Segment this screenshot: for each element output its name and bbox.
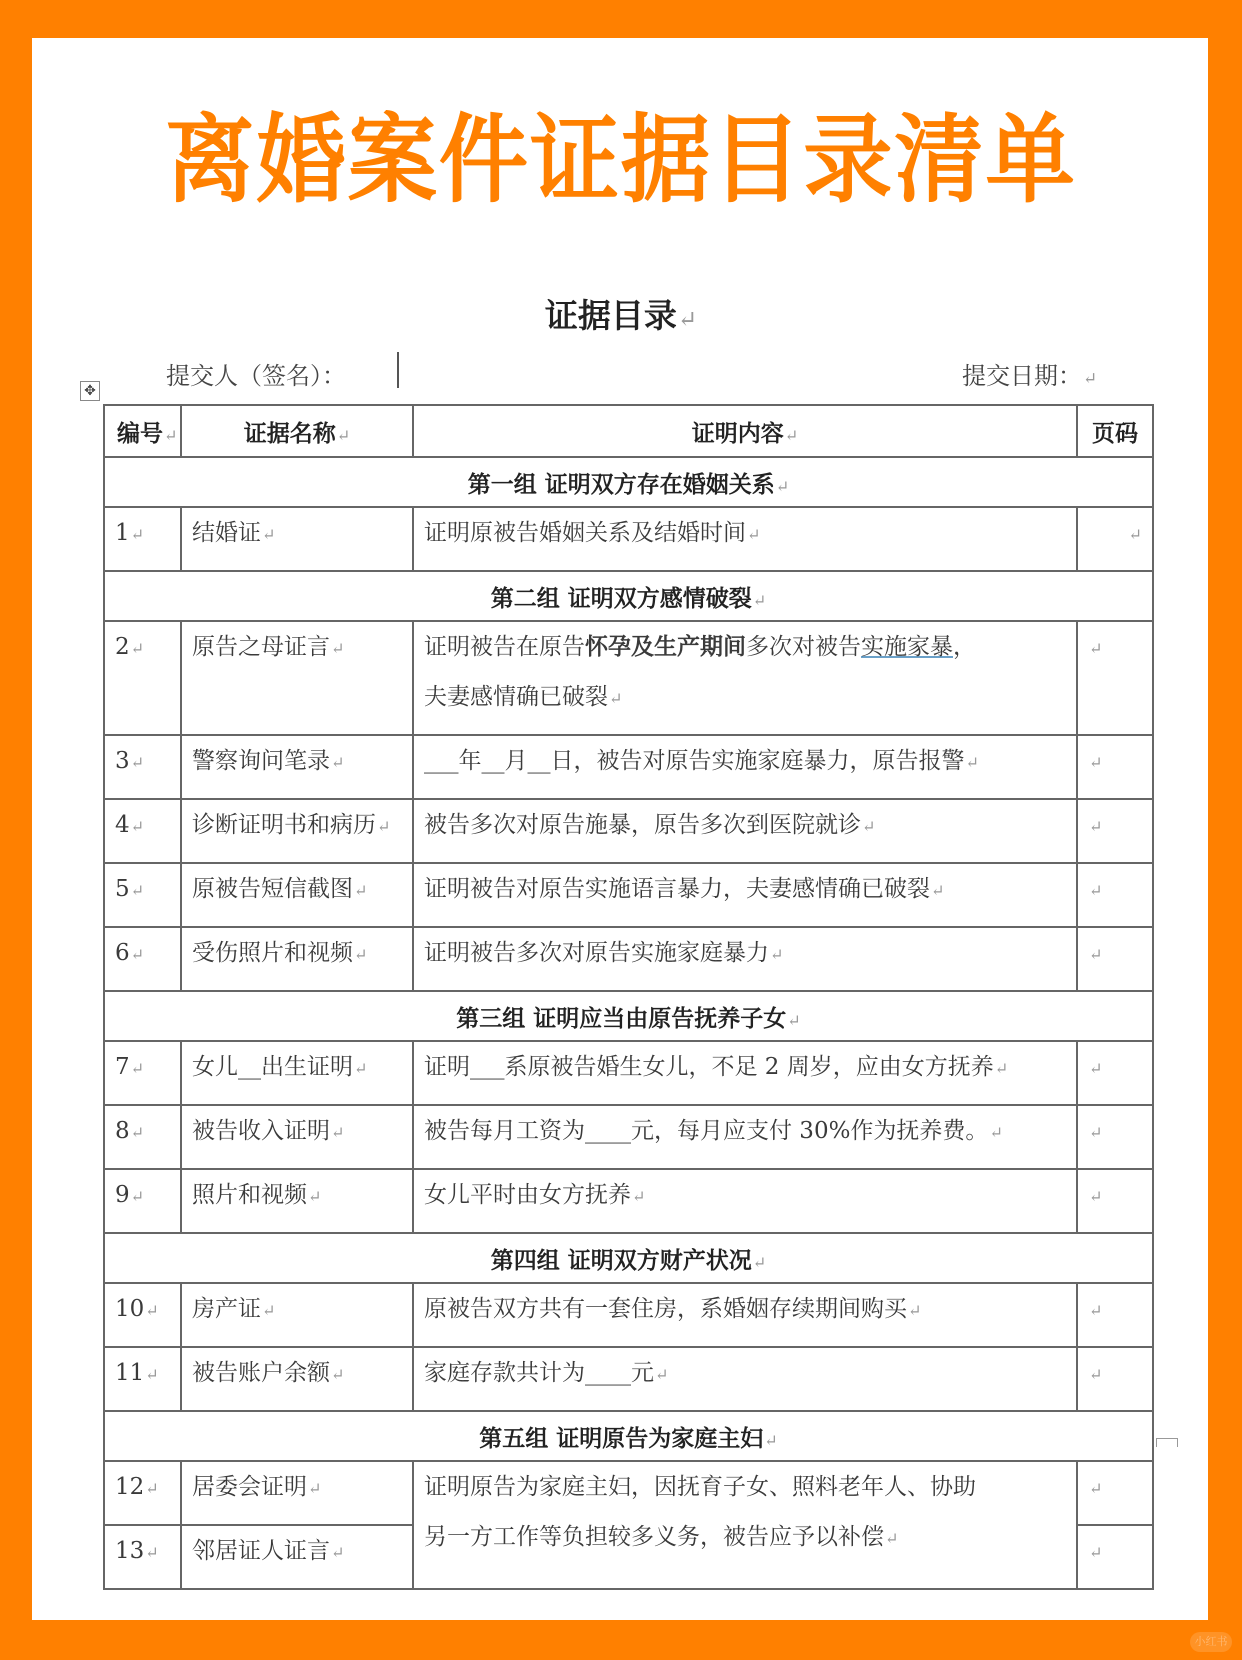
paragraph-mark-icon: ↵ [354, 945, 368, 964]
submitter-label: 提交人（签名）： [166, 356, 346, 391]
cell-content-text: 证明原告为家庭主妇，因抚育子女、照料老年人、协助 [424, 1474, 976, 1500]
paragraph-mark-icon: ↵ [308, 1187, 322, 1206]
cell-no-text: 10 [115, 1296, 144, 1322]
paragraph-mark-icon: ↵ [164, 426, 178, 445]
cell-name: 诊断证明书和病历↵ [181, 799, 413, 863]
cell-name: 房产证↵ [181, 1283, 413, 1347]
table-row: 10↵ 房产证↵ 原被告双方共有一套住房，系婚姻存续期间购买↵ ↵ [104, 1283, 1153, 1347]
paragraph-mark-icon: ↵ [1089, 1059, 1103, 1078]
paragraph-mark-icon: ↵ [331, 1365, 345, 1384]
cell-page: ↵ [1077, 1105, 1153, 1169]
paragraph-mark-icon: ↵ [753, 591, 767, 610]
group-row: 第三组 证明应当由原告抚养子女↵ [104, 991, 1153, 1041]
group-row: 第四组 证明双方财产状况↵ [104, 1233, 1153, 1283]
cell-no-text: 7 [115, 1054, 130, 1080]
cell-content-text: 另一方工作等负担较多义务，被告应予以补偿 [424, 1524, 884, 1550]
cell-name: 照片和视频↵ [181, 1169, 413, 1233]
cell-page: ↵ [1077, 735, 1153, 799]
cell-name: 受伤照片和视频↵ [181, 927, 413, 991]
cell-name-text: 女儿__出生证明 [192, 1054, 353, 1080]
cell-name: 警察询问笔录↵ [181, 735, 413, 799]
group-row: 第二组 证明双方感情破裂↵ [104, 571, 1153, 621]
cell-name-text: 警察询问笔录 [192, 748, 330, 774]
cell-content-text: 原被告双方共有一套住房，系婚姻存续期间购买 [424, 1296, 907, 1322]
paragraph-mark-icon: ↵ [966, 753, 980, 772]
cell-page: ↵ [1077, 927, 1153, 991]
cell-content-text: 被告多次对原告施暴，原告多次到医院就诊 [424, 812, 861, 838]
table-row: 11↵ 被告账户余额↵ 家庭存款共计为____元↵ ↵ [104, 1347, 1153, 1411]
paragraph-mark-icon: ↵ [995, 1059, 1009, 1078]
paragraph-mark-icon: ↵ [1089, 1543, 1103, 1562]
cell-name-text: 被告账户余额 [192, 1360, 330, 1386]
paragraph-mark-icon: ↵ [354, 881, 368, 900]
header-no-label: 编号 [117, 420, 163, 447]
cell-no: 13↵ [104, 1525, 181, 1589]
cell-page: ↵ [1077, 1169, 1153, 1233]
cell-no: 5↵ [104, 863, 181, 927]
paragraph-mark-icon: ↵ [331, 1123, 345, 1142]
watermark-logo: 小红书 [1190, 1632, 1232, 1652]
document-title-text: 证据目录 [545, 296, 677, 335]
cell-name: 结婚证↵ [181, 507, 413, 571]
cell-no-text: 2 [115, 634, 130, 660]
cell-content: 证明被告对原告实施语言暴力，夫妻感情确已破裂↵ [413, 863, 1077, 927]
paragraph-mark-icon: ↵ [885, 1529, 899, 1548]
cell-name: 女儿__出生证明↵ [181, 1041, 413, 1105]
cell-name-text: 房产证 [192, 1296, 261, 1322]
cell-name: 原告之母证言↵ [181, 621, 413, 735]
paragraph-mark-icon: ↵ [1089, 945, 1103, 964]
table-row: 2↵ 原告之母证言↵ 证明被告在原告怀孕及生产期间多次对被告实施家暴，夫妻感情确… [104, 621, 1153, 735]
table-row: 1↵ 结婚证↵ 证明原被告婚姻关系及结婚时间↵ ↵ [104, 507, 1153, 571]
table-row: 6↵ 受伤照片和视频↵ 证明被告多次对原告实施家庭暴力↵ ↵ [104, 927, 1153, 991]
paragraph-mark-icon: ↵ [145, 1301, 159, 1320]
paragraph-mark-icon: ↵ [862, 817, 876, 836]
paragraph-mark-icon: ↵ [131, 1059, 145, 1078]
paragraph-mark-icon: ↵ [131, 639, 145, 658]
cell-content-underlined-text: 实施家暴 [861, 634, 953, 660]
paragraph-mark-icon: ↵ [131, 1187, 145, 1206]
cell-content-text: 女儿平时由女方抚养 [424, 1182, 631, 1208]
paragraph-mark-icon: ↵ [609, 689, 623, 708]
cell-no: 2↵ [104, 621, 181, 735]
group-title-text: 第五组 证明原告为家庭主妇 [479, 1425, 763, 1452]
table-row: 9↵ 照片和视频↵ 女儿平时由女方抚养↵ ↵ [104, 1169, 1153, 1233]
cell-page: ↵ [1077, 863, 1153, 927]
header-name-label: 证据名称 [244, 420, 336, 447]
cell-name-text: 原告之母证言 [192, 634, 330, 660]
paragraph-mark-icon: ↵ [145, 1365, 159, 1384]
cell-name: 原被告短信截图↵ [181, 863, 413, 927]
cell-no: 8↵ [104, 1105, 181, 1169]
table-row: 8↵ 被告收入证明↵ 被告每月工资为____元，每月应支付 30%作为抚养费。↵… [104, 1105, 1153, 1169]
header-content-label: 证明内容 [692, 420, 784, 447]
paragraph-mark-icon: ↵ [632, 1187, 646, 1206]
cell-no: 3↵ [104, 735, 181, 799]
cell-no: 1↵ [104, 507, 181, 571]
paragraph-mark-icon: ↵ [787, 1011, 801, 1030]
cell-no-text: 9 [115, 1182, 130, 1208]
paragraph-mark-icon: ↵ [1089, 1187, 1103, 1206]
cell-no-text: 4 [115, 812, 130, 838]
header-name: 证据名称↵ [181, 405, 413, 457]
cell-content: 证明被告多次对原告实施家庭暴力↵ [413, 927, 1077, 991]
table-row: 7↵ 女儿__出生证明↵ 证明___系原被告婚生女儿，不足 2 周岁，应由女方抚… [104, 1041, 1153, 1105]
cell-name-text: 诊断证明书和病历 [192, 812, 376, 838]
cell-no-text: 12 [115, 1474, 144, 1500]
cell-no: 9↵ [104, 1169, 181, 1233]
cell-page: ↵ [1077, 621, 1153, 735]
paragraph-mark-icon: ↵ [131, 817, 145, 836]
group-title: 第一组 证明双方存在婚姻关系↵ [104, 457, 1153, 507]
paragraph-mark-icon: ↵ [1089, 1123, 1103, 1142]
cell-content: 女儿平时由女方抚养↵ [413, 1169, 1077, 1233]
cell-page: ↵ [1077, 1283, 1153, 1347]
paragraph-mark-icon: ↵ [145, 1543, 159, 1562]
cell-name: 被告收入证明↵ [181, 1105, 413, 1169]
evidence-table: 编号↵ 证据名称↵ 证明内容↵ 页码 第一组 证明双方存在婚姻关系↵ 1↵ 结婚… [103, 404, 1154, 1590]
group-title: 第二组 证明双方感情破裂↵ [104, 571, 1153, 621]
group-row: 第一组 证明双方存在婚姻关系↵ [104, 457, 1153, 507]
cell-no-text: 1 [115, 520, 130, 546]
group-title-text: 第二组 证明双方感情破裂 [491, 585, 752, 612]
cell-content: 被告每月工资为____元，每月应支付 30%作为抚养费。↵ [413, 1105, 1077, 1169]
header-page-label: 页码 [1092, 420, 1138, 447]
paragraph-mark-icon: ↵ [1089, 881, 1103, 900]
page-title: 离婚案件证据目录清单 [43, 112, 1198, 208]
paragraph-mark-icon: ↵ [331, 1543, 345, 1562]
paragraph-mark-icon: ↵ [747, 525, 761, 544]
table-row: 5↵ 原被告短信截图↵ 证明被告对原告实施语言暴力，夫妻感情确已破裂↵ ↵ [104, 863, 1153, 927]
cell-content-text: 夫妻感情确已破裂 [424, 684, 608, 710]
cell-no: 6↵ [104, 927, 181, 991]
cell-content-text: 证明被告在原告 [424, 634, 585, 660]
cell-content-text: 证明___系原被告婚生女儿，不足 2 周岁，应由女方抚养 [424, 1054, 994, 1080]
paragraph-mark-icon: ↵ [131, 1123, 145, 1142]
cell-name-text: 结婚证 [192, 520, 261, 546]
cell-name: 邻居证人证言↵ [181, 1525, 413, 1589]
cell-page: ↵ [1077, 1347, 1153, 1411]
cell-name-text: 居委会证明 [192, 1474, 307, 1500]
header-page: 页码 [1077, 405, 1153, 457]
cell-content: ___年__月__日，被告对原告实施家庭暴力，原告报警↵ [413, 735, 1077, 799]
cell-content-text: 证明原被告婚姻关系及结婚时间 [424, 520, 746, 546]
paragraph-mark-icon: ↵ [131, 881, 145, 900]
table-row: 4↵ 诊断证明书和病历↵ 被告多次对原告施暴，原告多次到医院就诊↵ ↵ [104, 799, 1153, 863]
paragraph-mark-icon: ↵ [377, 817, 391, 836]
cell-no-text: 11 [115, 1360, 144, 1386]
paragraph-mark-icon: ↵ [1089, 753, 1103, 772]
table-end-marker [1156, 1438, 1178, 1447]
paragraph-mark-icon: ↵ [354, 1059, 368, 1078]
cell-name-text: 照片和视频 [192, 1182, 307, 1208]
cell-no: 4↵ [104, 799, 181, 863]
cell-name: 居委会证明↵ [181, 1461, 413, 1525]
cell-content: 被告多次对原告施暴，原告多次到医院就诊↵ [413, 799, 1077, 863]
cell-name-text: 原被告短信截图 [192, 876, 353, 902]
document-title: 证据目录↵ [0, 290, 1242, 337]
cell-content-text: 多次对被告 [746, 634, 861, 660]
paragraph-mark-icon: ↵ [262, 525, 276, 544]
cell-name-text: 受伤照片和视频 [192, 940, 353, 966]
paragraph-mark-icon: ↵ [753, 1253, 767, 1272]
cell-name: 被告账户余额↵ [181, 1347, 413, 1411]
paragraph-mark-icon: ↵ [1083, 368, 1097, 388]
cell-content-text: ___年__月__日，被告对原告实施家庭暴力，原告报警 [424, 748, 965, 774]
paragraph-mark-icon: ↵ [337, 426, 351, 445]
cell-content: 证明___系原被告婚生女儿，不足 2 周岁，应由女方抚养↵ [413, 1041, 1077, 1105]
submit-date-text: 提交日期： [962, 362, 1082, 390]
table-row: 12↵ 居委会证明↵ 证明原告为家庭主妇，因抚育子女、照料老年人、协助另一方工作… [104, 1461, 1153, 1525]
cell-page: ↵ [1077, 1041, 1153, 1105]
cell-content-text: 证明被告多次对原告实施家庭暴力 [424, 940, 769, 966]
paragraph-mark-icon: ↵ [1089, 817, 1103, 836]
cell-page: ↵ [1077, 799, 1153, 863]
text-cursor [397, 352, 399, 388]
header-no: 编号↵ [104, 405, 181, 457]
paragraph-mark-icon: ↵ [308, 1479, 322, 1498]
cell-no-text: 13 [115, 1538, 144, 1564]
cell-content-text: 被告每月工资为____元，每月应支付 30%作为抚养费。 [424, 1118, 988, 1144]
paragraph-mark-icon: ↵ [678, 307, 697, 333]
paragraph-mark-icon: ↵ [770, 945, 784, 964]
cell-no: 12↵ [104, 1461, 181, 1525]
paragraph-mark-icon: ↵ [131, 945, 145, 964]
cell-content: 证明原被告婚姻关系及结婚时间↵ [413, 507, 1077, 571]
group-row: 第五组 证明原告为家庭主妇↵ [104, 1411, 1153, 1461]
paragraph-mark-icon: ↵ [785, 426, 799, 445]
paragraph-mark-icon: ↵ [331, 753, 345, 772]
cell-content-merged: 证明原告为家庭主妇，因抚育子女、照料老年人、协助另一方工作等负担较多义务，被告应… [413, 1461, 1077, 1589]
cell-content-bold-text: 怀孕及生产期间 [585, 633, 746, 660]
paragraph-mark-icon: ↵ [764, 1431, 778, 1450]
paragraph-mark-icon: ↵ [655, 1365, 669, 1384]
group-title: 第四组 证明双方财产状况↵ [104, 1233, 1153, 1283]
paragraph-mark-icon: ↵ [1089, 639, 1103, 658]
group-title: 第三组 证明应当由原告抚养子女↵ [104, 991, 1153, 1041]
cell-name-text: 被告收入证明 [192, 1118, 330, 1144]
paragraph-mark-icon: ↵ [131, 525, 145, 544]
cell-no-text: 8 [115, 1118, 130, 1144]
cell-page: ↵ [1077, 1461, 1153, 1525]
cell-content-text: 证明被告对原告实施语言暴力，夫妻感情确已破裂 [424, 876, 930, 902]
paragraph-mark-icon: ↵ [1089, 1301, 1103, 1320]
cell-no: 7↵ [104, 1041, 181, 1105]
cell-name-text: 邻居证人证言 [192, 1538, 330, 1564]
cell-content-text: 家庭存款共计为____元 [424, 1360, 654, 1386]
header-content: 证明内容↵ [413, 405, 1077, 457]
group-title: 第五组 证明原告为家庭主妇↵ [104, 1411, 1153, 1461]
cell-no: 11↵ [104, 1347, 181, 1411]
cell-no-text: 6 [115, 940, 130, 966]
table-header-row: 编号↵ 证据名称↵ 证明内容↵ 页码 [104, 405, 1153, 457]
cell-content: 原被告双方共有一套住房，系婚姻存续期间购买↵ [413, 1283, 1077, 1347]
paragraph-mark-icon: ↵ [908, 1301, 922, 1320]
cell-no: 10↵ [104, 1283, 181, 1347]
paragraph-mark-icon: ↵ [1129, 525, 1143, 544]
table-move-handle-icon[interactable]: ✥ [80, 381, 100, 401]
cell-no-text: 3 [115, 748, 130, 774]
cell-content: 证明被告在原告怀孕及生产期间多次对被告实施家暴，夫妻感情确已破裂↵ [413, 621, 1077, 735]
paragraph-mark-icon: ↵ [145, 1479, 159, 1498]
paragraph-mark-icon: ↵ [131, 753, 145, 772]
group-title-text: 第四组 证明双方财产状况 [491, 1247, 752, 1274]
submit-date-label: 提交日期：↵ [962, 356, 1097, 391]
cell-page: ↵ [1077, 1525, 1153, 1589]
paragraph-mark-icon: ↵ [262, 1301, 276, 1320]
paragraph-mark-icon: ↵ [989, 1123, 1003, 1142]
paragraph-mark-icon: ↵ [931, 881, 945, 900]
paragraph-mark-icon: ↵ [1089, 1365, 1103, 1384]
group-title-text: 第三组 证明应当由原告抚养子女 [456, 1005, 786, 1032]
cell-content: 家庭存款共计为____元↵ [413, 1347, 1077, 1411]
paragraph-mark-icon: ↵ [776, 477, 790, 496]
paragraph-mark-icon: ↵ [1089, 1479, 1103, 1498]
paragraph-mark-icon: ↵ [331, 639, 345, 658]
cell-page: ↵ [1077, 507, 1153, 571]
table-row: 3↵ 警察询问笔录↵ ___年__月__日，被告对原告实施家庭暴力，原告报警↵ … [104, 735, 1153, 799]
cell-content-text: ， [953, 634, 976, 660]
group-title-text: 第一组 证明双方存在婚姻关系 [468, 471, 775, 498]
cell-no-text: 5 [115, 876, 130, 902]
